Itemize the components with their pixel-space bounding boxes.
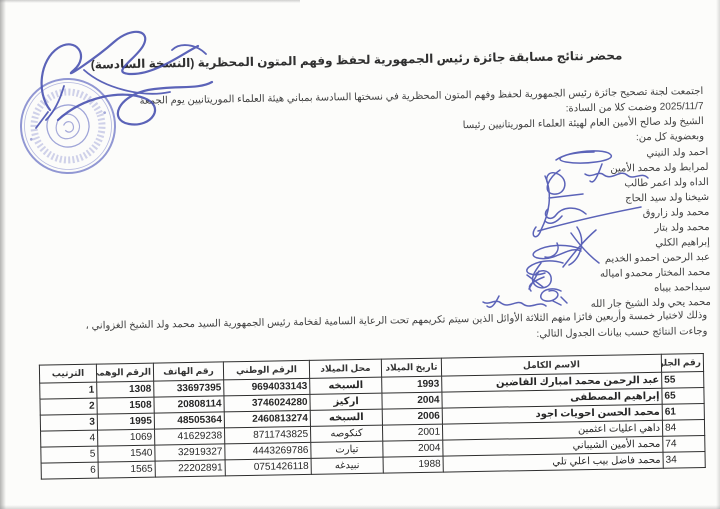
cell-birth-place: كنكوصه <box>310 425 382 442</box>
scanned-document-page: محضر نتائج مسابقة جائزة رئيس الجمهورية ل… <box>0 0 720 509</box>
cell-birth-place: اركيز <box>310 393 382 410</box>
cell-code: 1069 <box>98 429 155 446</box>
cell-national-id: 3746024280 <box>224 394 310 411</box>
cell-code: 1308 <box>97 381 154 398</box>
cell-national-id: 4443269786 <box>225 442 311 459</box>
cell-phone: 22202891 <box>155 460 225 477</box>
cell-birth-date: 2001 <box>382 424 442 441</box>
col-header-national-id: الرقم الوطني <box>223 360 309 379</box>
col-header-rank: الترتيب <box>39 364 96 383</box>
col-header-seat: رقم الجلوس <box>661 354 703 373</box>
cell-national-id: 0751426118 <box>225 458 311 475</box>
cell-birth-date: 2004 <box>383 440 443 457</box>
scan-edge-left <box>0 0 6 509</box>
cell-phone: 33697395 <box>154 380 224 397</box>
scan-edge-right <box>716 0 720 509</box>
col-header-phone: رقم الهاتف <box>153 362 223 381</box>
cell-rank: 3 <box>40 414 97 431</box>
cell-seat: 34 <box>663 452 705 469</box>
cell-birth-date: 1993 <box>382 376 442 393</box>
cell-national-id: 9694033143 <box>224 378 310 395</box>
cell-seat: 84 <box>662 420 704 437</box>
committee-members-list: احمد ولد النيني لمرابط ولد محمد الأمين ا… <box>588 145 711 312</box>
cell-seat: 65 <box>662 388 704 405</box>
cell-rank: 1 <box>40 382 97 399</box>
cell-birth-place: السبخه <box>310 377 382 394</box>
membership-intro: وبعضوية كل من: <box>636 131 704 143</box>
cell-phone: 32919327 <box>155 444 225 461</box>
cell-birth-date: 2006 <box>382 408 442 425</box>
cell-rank: 6 <box>41 462 98 479</box>
scan-edge-bottom <box>0 505 720 509</box>
cell-seat: 55 <box>662 372 704 389</box>
cell-birth-place: تيارت <box>311 441 383 458</box>
cell-rank: 5 <box>41 446 98 463</box>
cell-rank: 4 <box>41 430 98 447</box>
cell-rank: 2 <box>40 398 97 415</box>
cell-birth-date: 2004 <box>382 392 442 409</box>
cell-birth-date: 1988 <box>383 456 443 473</box>
cell-phone: 41629238 <box>155 428 225 445</box>
cell-code: 1565 <box>98 461 155 478</box>
cell-name: محمد فاضل بيب اعلي تلي <box>443 452 663 472</box>
cell-seat: 74 <box>663 436 705 453</box>
cell-phone: 20808114 <box>154 396 224 413</box>
cell-code: 1508 <box>97 397 154 414</box>
cell-seat: 61 <box>662 404 704 421</box>
col-header-code: الرقم الوهمي <box>96 363 153 382</box>
cell-birth-place: نبيدغه <box>311 457 383 474</box>
closing-line-2: وجاءت النتائج حسب بيانات الجدول التالي: <box>536 326 707 340</box>
cell-code: 1995 <box>97 413 154 430</box>
col-header-birth-date: تاريخ الميلاد <box>381 358 441 377</box>
document-title: محضر نتائج مسابقة جائزة رئيس الجمهورية ل… <box>0 47 717 74</box>
cell-national-id: 2460813274 <box>224 410 310 427</box>
scan-edge-top <box>0 0 300 3</box>
results-table: رقم الجلوس الاسم الكامل تاريخ الميلاد مح… <box>39 353 706 480</box>
col-header-birth-place: محل الميلاد <box>309 359 381 378</box>
cell-national-id: 8711743825 <box>224 426 310 443</box>
intro-line-2: 2025/11/7 وضمت كلا من السادة: <box>566 101 704 114</box>
chairman-line: الشيخ ولد صالح الأمين العام لهيئة العلما… <box>463 116 704 131</box>
cell-birth-place: السبخه <box>310 409 382 426</box>
document-content: محضر نتائج مسابقة جائزة رئيس الجمهورية ل… <box>0 0 720 509</box>
cell-code: 1540 <box>98 445 155 462</box>
cell-phone: 48505364 <box>154 412 224 429</box>
